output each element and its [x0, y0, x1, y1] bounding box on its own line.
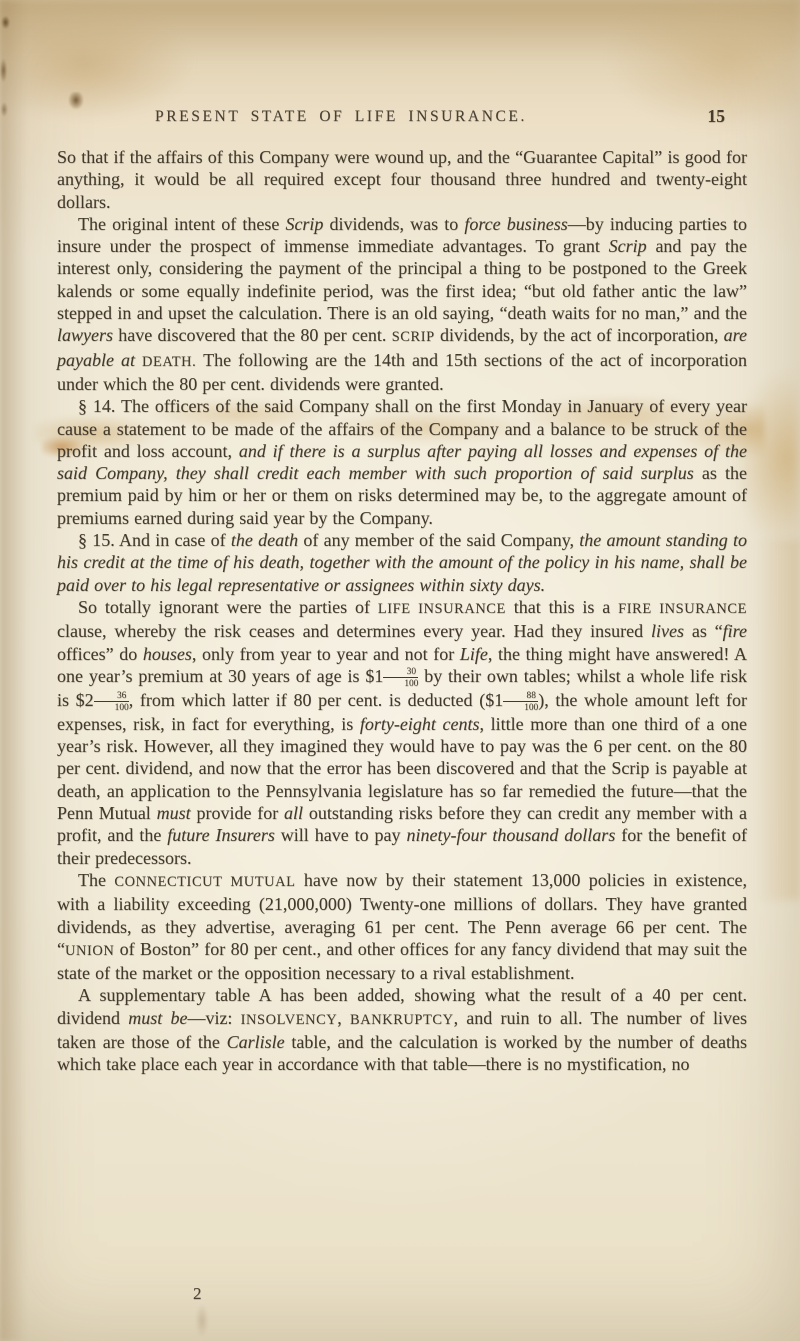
ink-bleed-through	[192, 1300, 212, 1341]
paragraph-6: The CONNECTICUT MUTUAL have now by their…	[57, 869, 747, 984]
scan-edge-marks	[0, 12, 14, 142]
paper-stain-right-lower	[756, 540, 800, 900]
paper-stain-top-edge	[0, 0, 800, 60]
paragraph-7: A supplementary table A has been added, …	[57, 984, 747, 1075]
paragraph-1: So that if the affairs of this Company w…	[57, 146, 747, 213]
paragraph-3: § 14. The officers of the said Company s…	[57, 395, 747, 529]
signature-mark: 2	[193, 1284, 202, 1304]
paragraph-5: So totally ignorant were the parties of …	[57, 596, 747, 869]
stacked-fraction: 88100	[503, 691, 538, 713]
paper-edge-shadow-left	[0, 0, 26, 1341]
running-header-title: PRESENT STATE OF LIFE INSURANCE.	[57, 108, 625, 126]
paper-stain-top-left	[0, 0, 240, 160]
running-header: PRESENT STATE OF LIFE INSURANCE. 15	[57, 108, 745, 134]
text-block: So that if the affairs of this Company w…	[57, 146, 747, 1076]
stacked-fraction: 30100	[383, 667, 418, 689]
scanned-book-page: PRESENT STATE OF LIFE INSURANCE. 15 So t…	[0, 0, 800, 1341]
page-number: 15	[708, 106, 726, 127]
paragraph-4: § 15. And in case of the death of any me…	[57, 529, 747, 596]
paragraph-2: The original intent of these Scrip divid…	[57, 213, 747, 395]
stacked-fraction: 36100	[94, 691, 129, 713]
